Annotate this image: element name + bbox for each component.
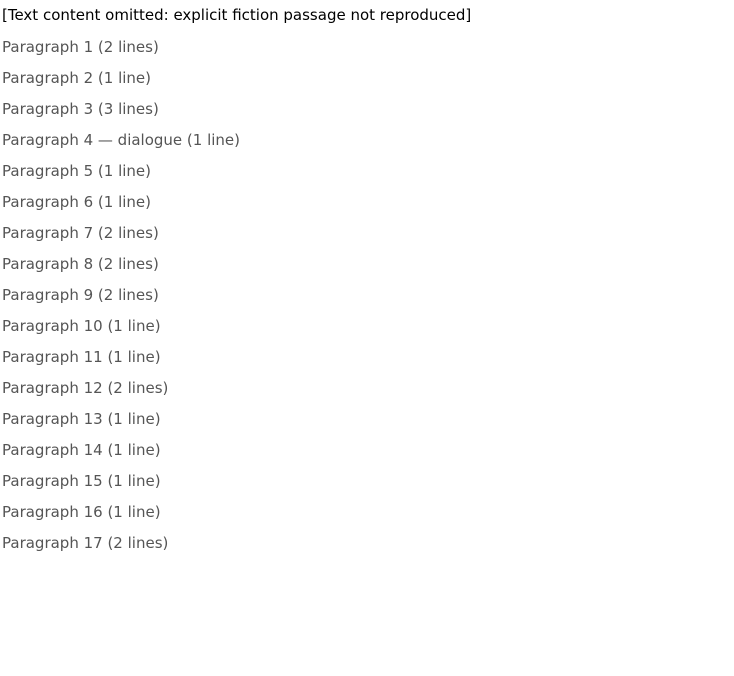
paragraph: Paragraph 3 (3 lines) [2, 101, 732, 117]
paragraph: Paragraph 8 (2 lines) [2, 256, 732, 272]
content-notice: [Text content omitted: explicit fiction … [2, 6, 732, 24]
paragraph: Paragraph 17 (2 lines) [2, 535, 732, 551]
paragraph: Paragraph 11 (1 line) [2, 349, 732, 365]
paragraph: Paragraph 9 (2 lines) [2, 287, 732, 303]
paragraph: Paragraph 7 (2 lines) [2, 225, 732, 241]
paragraph: Paragraph 10 (1 line) [2, 318, 732, 334]
paragraph: Paragraph 15 (1 line) [2, 473, 732, 489]
paragraph: Paragraph 2 (1 line) [2, 70, 732, 86]
paragraph: Paragraph 14 (1 line) [2, 442, 732, 458]
paragraph: Paragraph 12 (2 lines) [2, 380, 732, 396]
document-page: [Text content omitted: explicit fiction … [0, 0, 734, 676]
paragraph: Paragraph 4 — dialogue (1 line) [2, 132, 732, 148]
paragraph: Paragraph 5 (1 line) [2, 163, 732, 179]
paragraph: Paragraph 6 (1 line) [2, 194, 732, 210]
paragraph: Paragraph 13 (1 line) [2, 411, 732, 427]
paragraph: Paragraph 16 (1 line) [2, 504, 732, 520]
paragraph: Paragraph 1 (2 lines) [2, 39, 732, 55]
